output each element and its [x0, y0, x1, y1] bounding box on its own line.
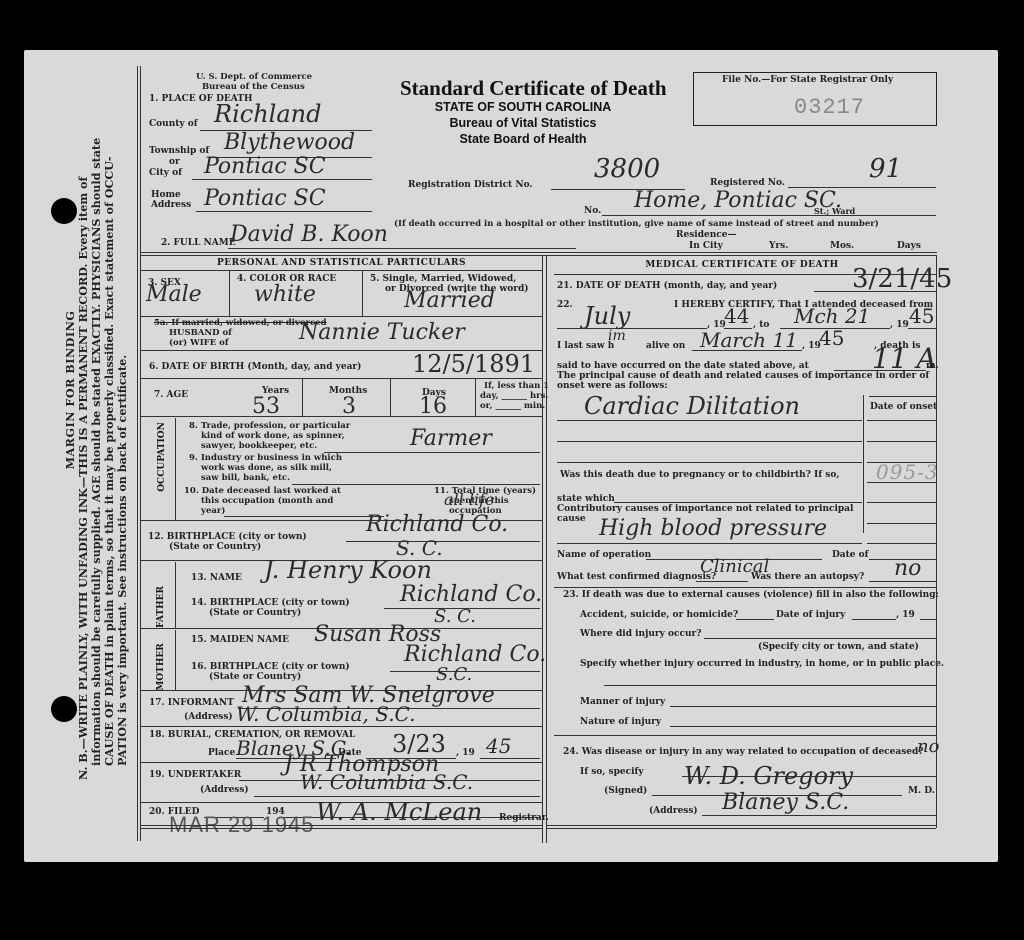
field-line — [346, 541, 540, 542]
last-saw-year-value: 45 — [819, 326, 844, 350]
principal-cause-label: onset were as follows: — [557, 381, 668, 391]
street-no-label: No. — [584, 206, 601, 216]
field-line — [557, 441, 862, 442]
field-line — [867, 441, 936, 442]
field-line — [192, 179, 372, 180]
township-label: Township of — [149, 146, 209, 156]
to-year-label: , 19 — [890, 320, 909, 330]
father-birthplace-label: (State or Country) — [209, 608, 301, 618]
field-line — [254, 796, 540, 797]
burial-year-label: , 19 — [456, 748, 475, 758]
mother-birthplace-state-value: S.C. — [436, 664, 472, 685]
margin-instructions: MARGIN FOR BINDING N. B.—WRITE PLAINLY, … — [64, 0, 164, 780]
attended-from-value: July — [584, 302, 630, 330]
from-year-value: 44 — [724, 304, 749, 328]
manner-of-injury-label: Manner of injury — [580, 697, 665, 707]
mother-name-label: 15. MAIDEN NAME — [191, 635, 289, 645]
principal-cause-label: The principal cause of death and related… — [557, 371, 929, 381]
sex-value: Male — [146, 282, 202, 307]
operation-date-label: Date of — [832, 550, 869, 560]
informant-label: 17. INFORMANT — [149, 698, 234, 708]
last-worked-label: year) — [201, 506, 225, 516]
external-causes-label: 23. If death was due to external causes … — [563, 590, 939, 600]
injury-year-label: , 19 — [896, 610, 915, 620]
father-name-value: J. Henry Koon — [264, 556, 432, 584]
row-rule — [141, 416, 542, 417]
if-so-specify-label: If so, specify — [580, 767, 644, 777]
row-rule — [141, 825, 542, 826]
principal-cause-value: Cardiac Dilitation — [584, 392, 800, 420]
registrar-label: Registrar. — [499, 813, 549, 823]
cell-divider — [175, 562, 176, 628]
contributory-cause-label: Contributory causes of importance not re… — [557, 504, 853, 514]
row-rule — [141, 270, 542, 271]
last-saw-label: I last saw h — [557, 341, 614, 351]
occupation-section-label: OCCUPATION — [157, 417, 167, 497]
home-address-value: Pontiac SC — [204, 186, 326, 211]
hospital-note: (If death occurred in a hospital or othe… — [394, 219, 879, 229]
contributory-cause-label: cause — [557, 514, 586, 524]
where-injury-label: Where did injury occur? — [580, 629, 702, 639]
spouse-label: HUSBAND of — [169, 328, 232, 338]
where-injury-note: (Specify city or town, and state) — [758, 642, 919, 652]
pregnancy-label: state which — [557, 494, 615, 504]
full-name-label: 2. FULL NAME — [161, 238, 236, 248]
informant-address-label: (Address) — [184, 712, 233, 722]
birthplace-label: 12. BIRTHPLACE (city or town) — [148, 532, 307, 542]
field-line — [869, 396, 936, 397]
race-value: white — [254, 282, 316, 307]
column-divider — [546, 255, 547, 843]
date-of-death-value: 3/21/45 — [852, 264, 952, 294]
field-line — [869, 581, 936, 582]
field-line — [557, 328, 707, 329]
industry-label: 9. Industry or business in which — [189, 453, 342, 463]
in-city-label: In City — [689, 241, 723, 251]
field-line — [292, 484, 540, 485]
state-name: STATE OF SOUTH CAROLINA — [400, 100, 646, 114]
last-saw-year-label: , 19 — [802, 341, 821, 351]
age-label: 7. AGE — [154, 390, 188, 400]
occupation-related-label: 24. Was disease or injury in any way rel… — [563, 747, 924, 757]
county-value: Richland — [214, 100, 321, 128]
field-line — [602, 215, 936, 216]
cell-divider — [175, 418, 176, 520]
specify-injury-label: Specify whether injury occurred in indus… — [580, 659, 944, 669]
field-line — [867, 482, 936, 483]
test-label: What test confirmed diagnosis? — [557, 572, 716, 582]
field-line — [224, 516, 384, 517]
field-line — [920, 619, 936, 620]
burial-year-value: 45 — [486, 734, 511, 758]
attended-to-value: Mch 21 — [794, 304, 870, 328]
margin-line: PATION is very important. See instructio… — [116, 0, 129, 780]
cell-divider — [302, 378, 303, 416]
physician-address-value: Blaney S.C. — [722, 790, 849, 815]
field-line — [867, 543, 936, 544]
birthplace-label: (State or Country) — [169, 542, 261, 552]
informant-address-value: W. Columbia, S.C. — [236, 702, 416, 726]
autopsy-value: no — [894, 556, 921, 581]
mother-birthplace-label: (State or Country) — [209, 672, 301, 682]
personal-section-title: PERSONAL AND STATISTICAL PARTICULARS — [141, 258, 542, 268]
undertaker-address-label: (Address) — [200, 785, 249, 795]
row-rule — [554, 587, 936, 588]
city-label: City of — [149, 168, 182, 178]
alive-on-label: alive on — [646, 341, 685, 351]
cell-divider — [390, 378, 391, 416]
spouse-label: (or) WIFE of — [169, 338, 228, 348]
section-rule — [141, 252, 937, 253]
cell-divider — [475, 378, 476, 416]
field-line — [324, 452, 540, 453]
dob-label: 6. DATE OF BIRTH (Month, day, and year) — [149, 362, 361, 372]
field-line — [557, 462, 862, 463]
total-time-value: all life — [444, 490, 494, 509]
county-label: County of — [149, 119, 198, 129]
column-divider — [542, 255, 543, 843]
father-section-label: FATHER — [156, 582, 166, 632]
margin-divider — [140, 66, 141, 841]
margin-divider — [137, 66, 138, 841]
field-line — [228, 248, 576, 249]
field-line — [867, 523, 936, 524]
st-ward-label: St.; Ward — [814, 206, 855, 216]
last-worked-label: this occupation (month and — [201, 496, 333, 506]
last-saw-pronoun-value: im — [608, 328, 626, 344]
agency-line: U. S. Dept. of Commerce — [196, 72, 312, 82]
row-rule — [141, 726, 542, 727]
field-line — [557, 543, 862, 544]
signed-label: (Signed) — [604, 786, 647, 796]
field-line — [867, 502, 936, 503]
physician-signature: W. D. Gregory — [684, 762, 853, 790]
yrs-label: Yrs. — [769, 241, 788, 251]
residence-label: Residence— — [676, 230, 736, 240]
row-rule — [554, 735, 936, 736]
to-year-value: 45 — [909, 304, 934, 328]
field-line — [614, 502, 862, 503]
marital-label: 5. Single, Married, Widowed, — [370, 274, 516, 284]
physician-address-label: (Address) — [649, 806, 698, 816]
nature-of-injury-label: Nature of injury — [580, 717, 661, 727]
dob-value: 12/5/1891 — [412, 350, 535, 378]
section-rule — [141, 255, 937, 256]
full-name-value: David B. Koon — [230, 222, 388, 247]
date-of-death-label: 21. DATE OF DEATH (month, day, and year) — [557, 281, 777, 291]
certificate-title: Standard Certificate of Death — [400, 76, 667, 101]
classification-code: 095-3 — [876, 460, 939, 484]
file-box-label: File No.—For State Registrar Only — [722, 75, 893, 85]
cell-divider — [362, 270, 363, 316]
cell-divider — [175, 630, 176, 690]
industry-label: saw bill, bank, etc. — [201, 473, 290, 483]
father-birthplace-city-value: Richland Co. — [400, 582, 542, 607]
mother-section-label: MOTHER — [156, 642, 166, 692]
frame-border — [936, 255, 937, 828]
less-than-label: If, less than 1 — [484, 381, 549, 391]
birthplace-city-value: Richland Co. — [366, 512, 508, 537]
md-label: M. D. — [908, 786, 935, 796]
operation-label: Name of operation — [557, 550, 651, 560]
date-of-onset-label: Date of onset — [870, 402, 937, 412]
less-than-label: day, ______ hrs. — [480, 391, 548, 401]
city-value: Pontiac SC — [204, 154, 326, 179]
agency-line: Bureau of the Census — [202, 82, 305, 92]
father-birthplace-label: 14. BIRTHPLACE (city or town) — [191, 598, 350, 608]
contributory-cause-value: High blood pressure — [599, 516, 827, 541]
bureau-name: Bureau of Vital Statistics — [400, 116, 646, 130]
registration-district-value: 3800 — [594, 154, 660, 184]
death-certificate: MARGIN FOR BINDING N. B.—WRITE PLAINLY, … — [24, 50, 998, 862]
trade-label: sawyer, bookkeeper, etc. — [201, 441, 317, 451]
injury-date-label: Date of injury — [776, 610, 845, 620]
certify-number: 22. — [557, 300, 573, 310]
trade-label: kind of work done, as spinner, — [201, 431, 345, 441]
field-line — [704, 638, 936, 639]
last-worked-label: 10. Date deceased last worked at — [184, 486, 341, 496]
marital-value: Married — [404, 288, 495, 313]
spouse-value: Nannie Tucker — [299, 320, 465, 345]
father-name-label: 13. NAME — [191, 573, 242, 583]
registrar-signature: W. A. McLean — [316, 798, 482, 826]
trade-value: Farmer — [410, 426, 492, 451]
home-label: Home — [151, 190, 181, 200]
autopsy-label: Was there an autopsy? — [751, 572, 864, 582]
undertaker-address-value: W. Columbia S.C. — [300, 770, 473, 794]
mother-birthplace-city-value: Richland Co. — [404, 642, 546, 667]
file-number: 03217 — [794, 95, 865, 120]
field-line — [604, 685, 936, 686]
township-value: Blythewood — [224, 130, 355, 155]
row-rule — [141, 828, 542, 829]
mos-label: Mos. — [830, 241, 854, 251]
address-label: Address — [151, 200, 191, 210]
row-rule — [547, 825, 936, 826]
field-line — [196, 211, 372, 212]
less-than-label: or, ______ min. — [480, 401, 545, 411]
field-line — [670, 726, 936, 727]
row-rule — [141, 378, 542, 379]
board-name: State Board of Health — [400, 132, 646, 146]
field-line — [480, 758, 540, 759]
said-occurred-label: said to have occurred on the date stated… — [557, 361, 809, 371]
field-line — [736, 619, 774, 620]
mother-birthplace-label: 16. BIRTHPLACE (city or town) — [191, 662, 350, 672]
field-line — [696, 581, 748, 582]
field-line — [908, 328, 936, 329]
row-rule — [547, 828, 936, 829]
cell-divider — [229, 270, 230, 316]
or-label: or — [169, 157, 180, 167]
industry-label: work was done, as silk mill, — [201, 463, 332, 473]
undertaker-label: 19. UNDERTAKER — [149, 770, 241, 780]
row-rule — [141, 316, 542, 317]
onset-column-divider — [863, 395, 864, 533]
accident-label: Accident, suicide, or homicide? — [580, 610, 738, 620]
days-label: Days — [897, 241, 921, 251]
field-line — [867, 420, 936, 421]
registration-district-label: Registration District No. — [408, 180, 533, 190]
field-line — [670, 706, 936, 707]
trade-label: 8. Trade, profession, or particular — [189, 421, 350, 431]
field-line — [557, 420, 862, 421]
field-line — [702, 815, 936, 816]
field-line — [852, 619, 896, 620]
registered-no-value: 91 — [869, 154, 902, 184]
last-saw-date-value: March 11 — [700, 328, 798, 352]
registered-no-label: Registered No. — [710, 178, 785, 188]
street-value: Home, Pontiac SC. — [634, 188, 842, 213]
burial-place-label: Place — [208, 748, 235, 758]
file-number-box: File No.—For State Registrar Only 03217 — [693, 72, 937, 126]
pregnancy-label: Was this death due to pregnancy or to ch… — [560, 470, 839, 480]
